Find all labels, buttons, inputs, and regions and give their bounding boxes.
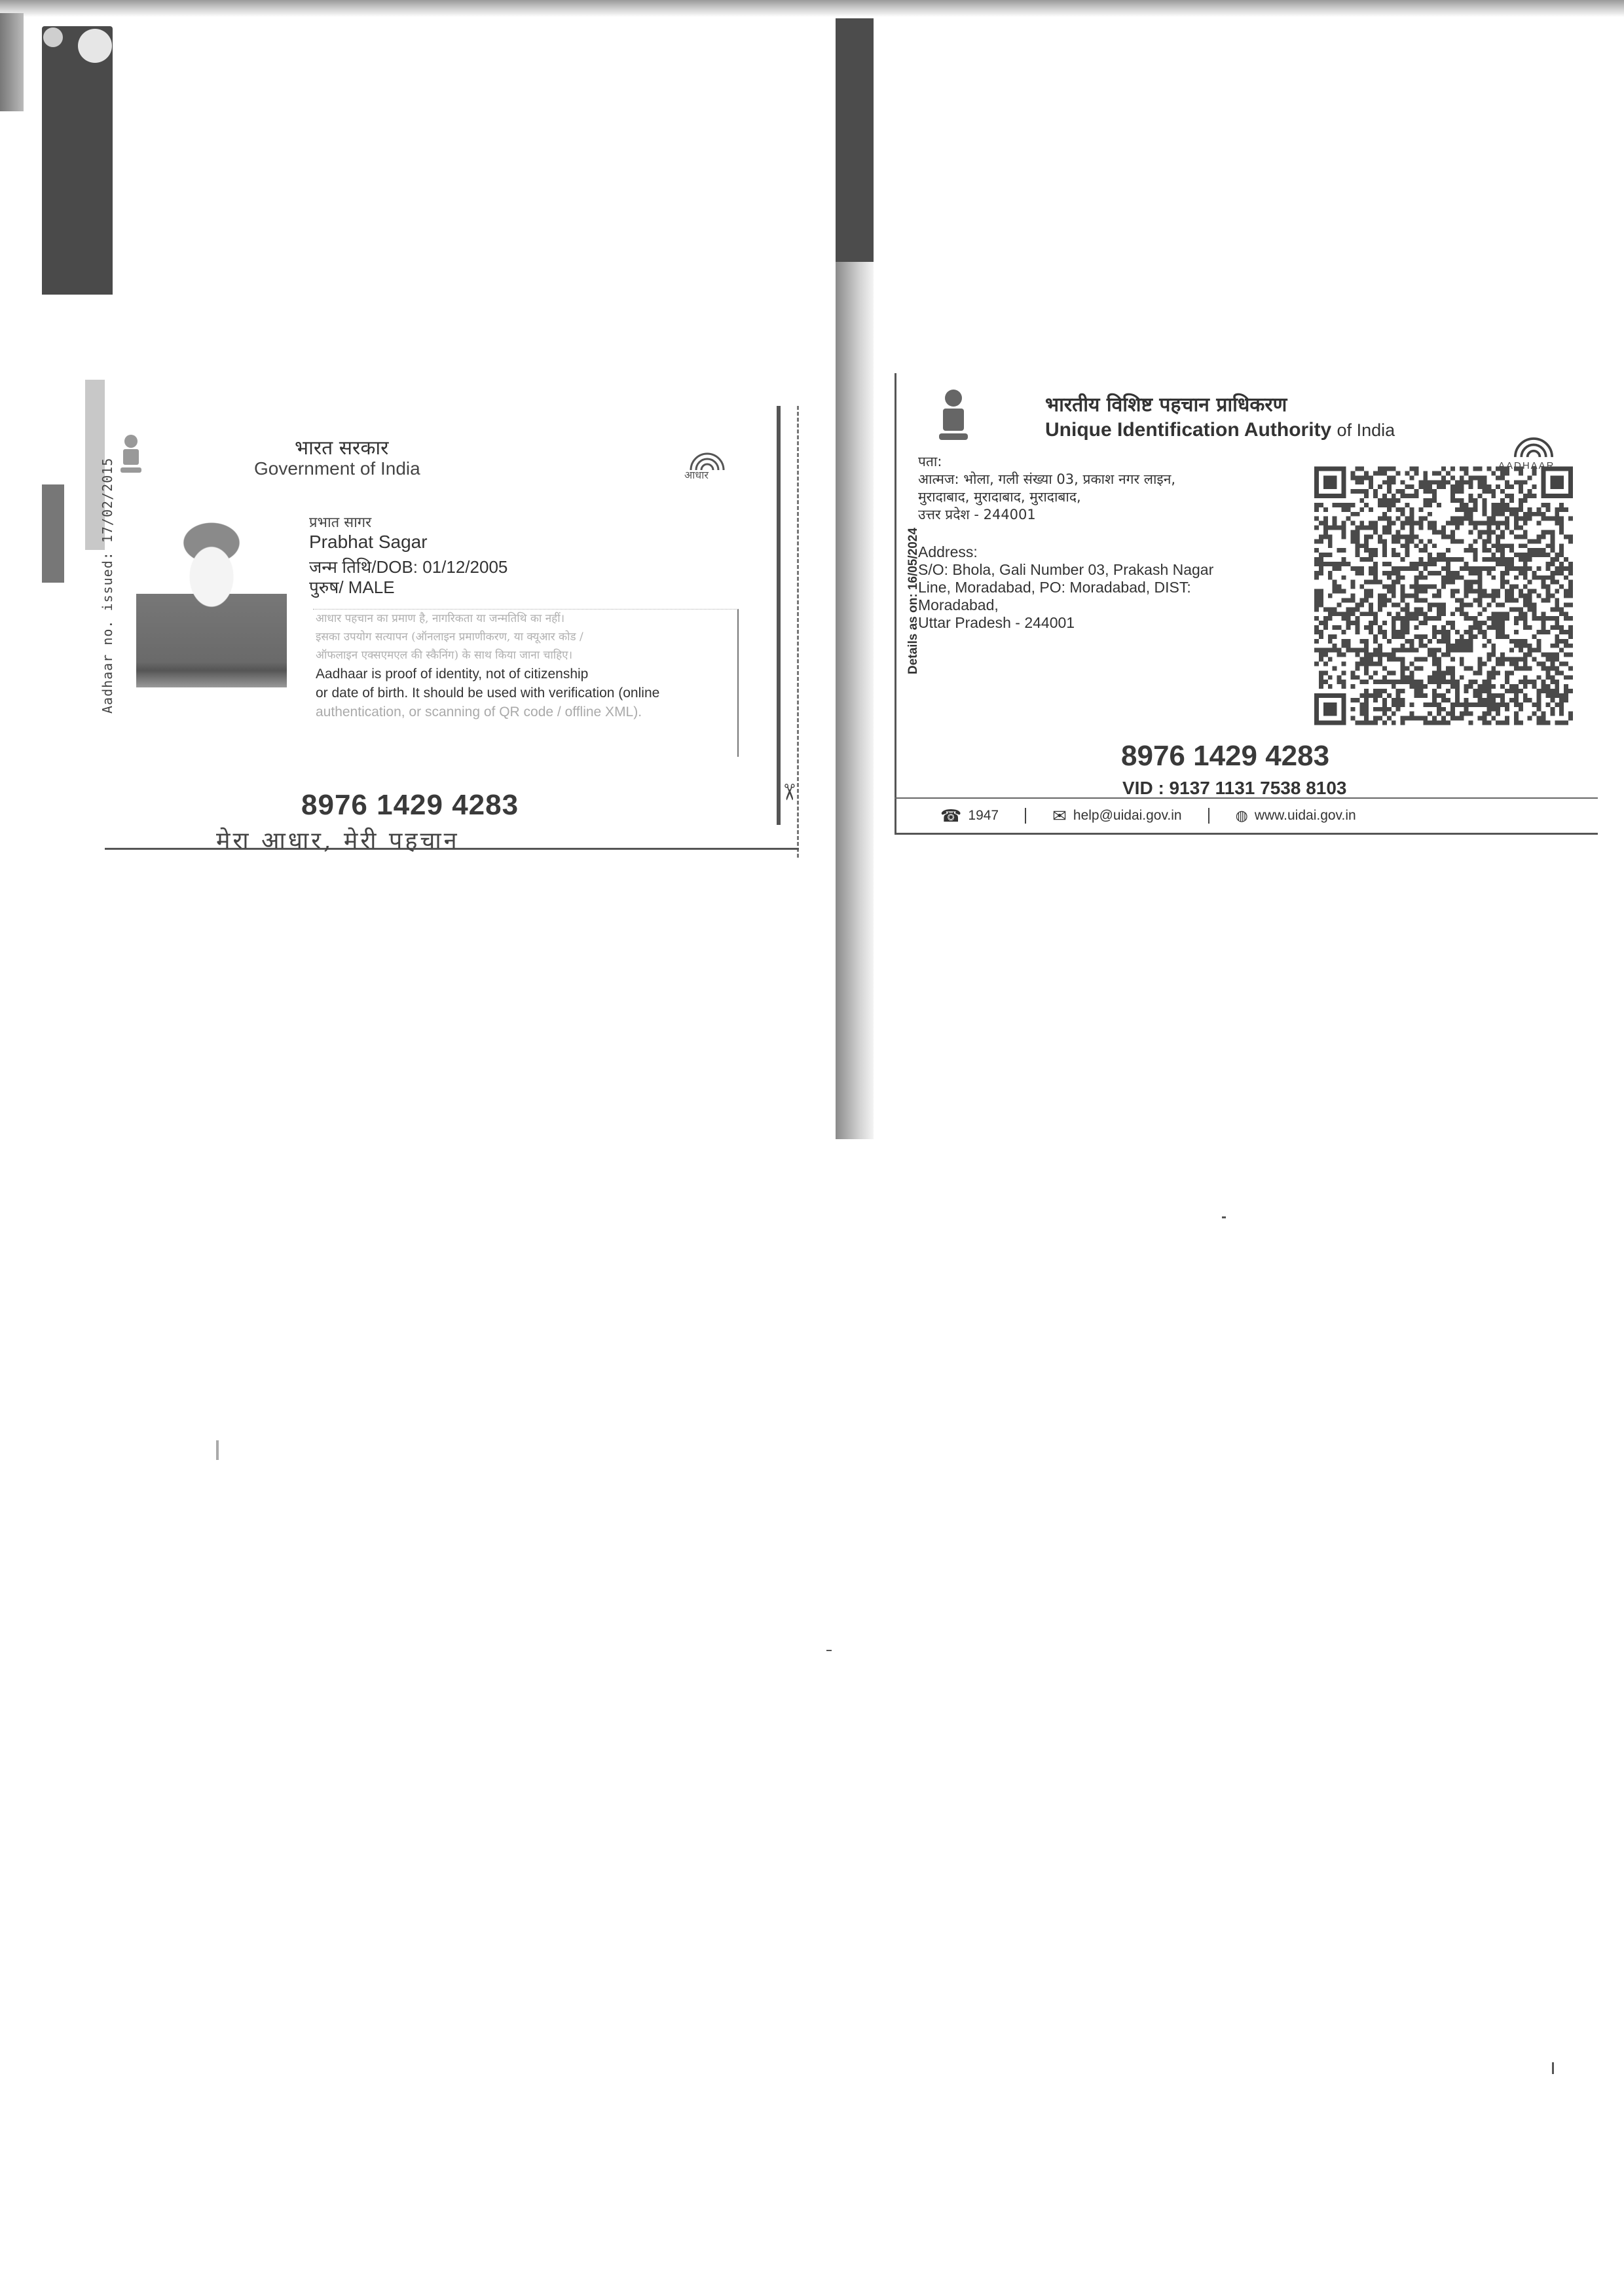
authority-title-bold: Unique Identification Authority [1045, 419, 1331, 441]
scan-binder-strip-right [836, 18, 874, 262]
email-contact[interactable]: ✉ help@uidai.gov.in [1052, 806, 1182, 826]
address-english-line: Moradabad, [918, 596, 1311, 614]
globe-icon: ◍ [1236, 807, 1248, 824]
scissors-icon: ✂ [775, 783, 802, 802]
scan-speck [1222, 1216, 1226, 1218]
authority-title-hindi: भारतीय विशिष्ट पहचान प्राधिकरण [1045, 390, 1287, 417]
helpline-number: 1947 [968, 808, 999, 824]
issued-date-vertical: Aadhaar no. issued: 17/02/2015 [100, 458, 115, 714]
disclaimer-hindi-line: आधार पहचान का प्रमाण है, नागरिकता या जन्… [313, 610, 737, 628]
address-hindi-line: मुरादाबाद, मुरादाबाद, मुरादाबाद, [918, 488, 1311, 506]
scan-speck [1552, 2062, 1554, 2074]
slogan: मेरा आधार, मेरी पहचान [216, 824, 460, 856]
card-border [777, 406, 781, 825]
holder-name-english: Prabhat Sagar [309, 532, 428, 553]
disclaimer-english-line: authentication, or scanning of QR code /… [313, 702, 737, 721]
national-emblem-icon [935, 386, 972, 452]
address-english-line: Uttar Pradesh - 244001 [918, 614, 1311, 632]
scan-top-shadow [0, 0, 1624, 17]
address-english-label: Address: [918, 543, 1311, 561]
address-english-line: Line, Moradabad, PO: Moradabad, DIST: [918, 579, 1311, 596]
mail-icon: ✉ [1052, 806, 1067, 826]
scan-speck [826, 1650, 832, 1651]
email-address[interactable]: help@uidai.gov.in [1073, 808, 1182, 824]
phone-icon: ☎ [940, 806, 961, 826]
government-title-english: Government of India [254, 458, 420, 479]
aadhaar-logo-icon: आधार [678, 426, 737, 478]
contact-footer: ☎ 1947 ✉ help@uidai.gov.in ◍ www.uidai.g… [895, 797, 1598, 835]
disclaimer-english-line: or date of birth. It should be used with… [313, 683, 737, 702]
helpline: ☎ 1947 [940, 806, 999, 826]
scan-artifact [42, 484, 64, 583]
virtual-id: VID : 9137 1131 7538 8103 [1122, 778, 1347, 799]
authority-title-english: Unique Identification Authority of India [1045, 419, 1395, 441]
divider [1025, 808, 1026, 824]
aadhaar-number: 8976 1429 4283 [301, 789, 519, 822]
government-title-hindi: भारत सरकार [295, 433, 388, 460]
aadhaar-number: 8976 1429 4283 [1121, 740, 1329, 773]
address-hindi-label: पता: [918, 453, 1311, 471]
disclaimer-box: आधार पहचान का प्रमाण है, नागरिकता या जन्… [313, 609, 739, 757]
holder-photo [136, 517, 287, 687]
address-hindi-line: आत्मज: भोला, गली संख्या 03, प्रकाश नगर ल… [918, 471, 1311, 488]
disclaimer-hindi-line: इसका उपयोग सत्यापन (ऑनलाइन प्रमाणीकरण, य… [313, 628, 737, 646]
divider [1208, 808, 1209, 824]
scan-edge-artifact [0, 13, 24, 111]
address-hindi-line: उत्तर प्रदेश - 244001 [918, 506, 1311, 524]
scan-shadow-strip [836, 262, 874, 1139]
aadhaar-front-card: भारत सरकार Government of India आधार Aadh… [105, 399, 799, 858]
aadhaar-logo-icon: AADHAAR [1494, 409, 1573, 471]
aadhaar-back-card: भारतीय विशिष्ट पहचान प्राधिकरण Unique Id… [892, 373, 1598, 835]
qr-code [1314, 465, 1573, 727]
scan-speck [216, 1440, 219, 1460]
disclaimer-english-line: Aadhaar is proof of identity, not of cit… [313, 665, 737, 683]
disclaimer-hindi-line: ऑफलाइन एक्सएमएल की स्कैनिंग) के साथ किया… [313, 646, 737, 665]
authority-title-tail: of India [1337, 420, 1395, 440]
address-block: पता: आत्मज: भोला, गली संख्या 03, प्रकाश … [918, 453, 1311, 632]
scan-binder-strip-left [42, 26, 113, 295]
national-emblem-icon [118, 432, 144, 484]
aadhaar-logo-label: आधार [684, 467, 709, 482]
website-link[interactable]: www.uidai.gov.in [1255, 808, 1356, 824]
website-contact[interactable]: ◍ www.uidai.gov.in [1236, 807, 1356, 824]
address-english-line: S/O: Bhola, Gali Number 03, Prakash Naga… [918, 561, 1311, 579]
gender: पुरुष/ MALE [309, 575, 395, 598]
holder-name-hindi: प्रभात सागर [309, 512, 371, 532]
